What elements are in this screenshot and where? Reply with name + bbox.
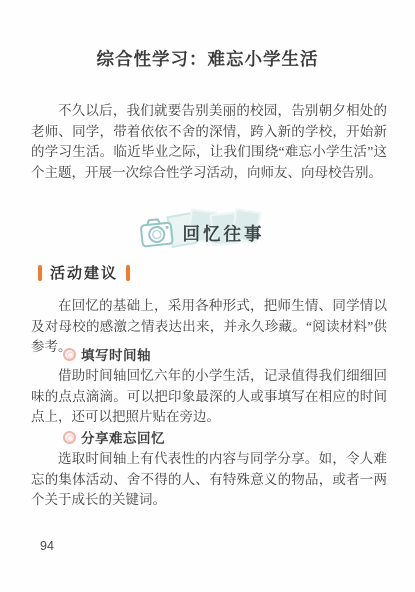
- ring-bullet-icon: [63, 431, 76, 444]
- activity-suggestions-heading: 活动建议: [38, 262, 130, 283]
- accent-bar-left-icon: [38, 265, 42, 281]
- activity-suggestions-heading-text: 活动建议: [50, 262, 118, 283]
- page-number: 94: [40, 539, 54, 553]
- textbook-page: 综合性学习：难忘小学生活 不久以后，我们就要告别美丽的校园，告别朝夕相处的老师、…: [0, 0, 415, 592]
- activity-body-timeline: 借助时间轴回忆六年的小学生活，记录值得我们细细回味的点点滴滴。可以把印象最深的人…: [31, 366, 387, 428]
- section-badge-label: 回忆往事: [183, 218, 265, 246]
- activity-body-share: 选取时间轴上有代表性的内容与同学分享。如，令人难忘的集体活动、舍不得的人、有特殊…: [31, 449, 387, 511]
- section-badge-inner: 回忆往事: [139, 208, 265, 256]
- activity-title-text: 分享难忘回忆: [81, 427, 165, 447]
- activity-title-share: 分享难忘回忆: [63, 427, 165, 447]
- section-badge: 回忆往事: [0, 208, 415, 256]
- page-title: 综合性学习：难忘小学生活: [0, 46, 415, 71]
- activity-title-timeline: 填写时间轴: [63, 344, 151, 364]
- camera-icon: [137, 213, 176, 251]
- accent-bar-right-icon: [126, 265, 130, 281]
- activity-title-text: 填写时间轴: [81, 344, 151, 364]
- intro-paragraph: 不久以后，我们就要告别美丽的校园，告别朝夕相处的老师、同学，带着依依不舍的深情，…: [31, 101, 387, 183]
- ring-bullet-icon: [63, 348, 76, 361]
